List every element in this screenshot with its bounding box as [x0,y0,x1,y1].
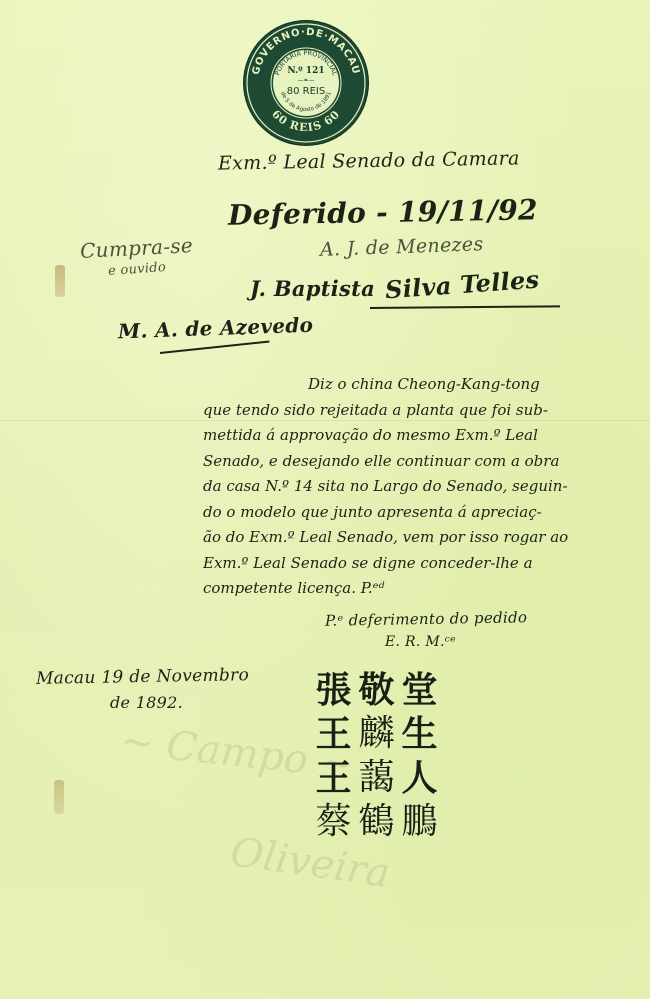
chinese-char: 人 [398,756,441,800]
seal-ring-icon: GOVERNO·DE·MACAU 60 REIS 60 PORTARIA PRO… [244,21,368,145]
body-line: do o modelo que junto apresenta á apreci… [203,500,650,526]
pin-hole-mark-top [55,265,65,297]
decision-deferido: Deferido - 19/11/92 [228,193,538,231]
chinese-char: 蔡 [312,800,355,844]
body-line: Diz o china Cheong-Kang-tong [203,372,650,398]
closing-erm: E. R. M.ᶜᵉ [385,634,456,650]
body-line: competente licença. P.ᵉᵈ [203,576,650,602]
chinese-char: 生 [398,712,441,756]
signature-baptista: J. Baptista [250,276,375,301]
chinese-char: 敬 [355,668,398,712]
svg-text:—❧—: —❧— [297,77,314,84]
body-line: Exm.º Leal Senado se digne conceder-lhe … [203,551,650,577]
chinese-char: 王 [312,756,355,800]
body-line: que tendo sido rejeitada a planta que fo… [203,398,650,424]
chinese-char: 鵬 [398,800,441,844]
pin-hole-mark-bottom [54,780,64,814]
petition-body: Diz o china Cheong-Kang-tong que tendo s… [203,372,650,602]
revenue-stamp-seal: GOVERNO·DE·MACAU 60 REIS 60 PORTARIA PRO… [244,21,368,145]
chinese-char: 鶴 [355,800,398,844]
chinese-char: 麟 [355,712,398,756]
chinese-char: 王 [312,712,355,756]
body-line: da casa N.º 14 sita no Largo do Senado, … [203,474,650,500]
chinese-char: 張 [312,668,355,712]
body-line: mettida á approvação do mesmo Exm.º Leal [203,423,650,449]
closing-deferimento: P.ᵉ deferimento do pedido [325,608,528,630]
svg-text:N.º 121: N.º 121 [287,66,324,76]
svg-text:80 REIS: 80 REIS [287,86,325,97]
chinese-signatures: 張 敬 堂 王 麟 生 王 藹 人 蔡 鶴 鵬 [312,668,441,844]
dateline-year: de 1892. [110,693,183,712]
chinese-char: 堂 [398,668,441,712]
chinese-char: 藹 [355,756,398,800]
body-line: Senado, e desejando elle continuar com a… [203,449,650,475]
dateline-place-date: Macau 19 de Novembro [36,665,249,689]
body-line: ão do Exm.º Leal Senado, vem por isso ro… [203,525,650,551]
